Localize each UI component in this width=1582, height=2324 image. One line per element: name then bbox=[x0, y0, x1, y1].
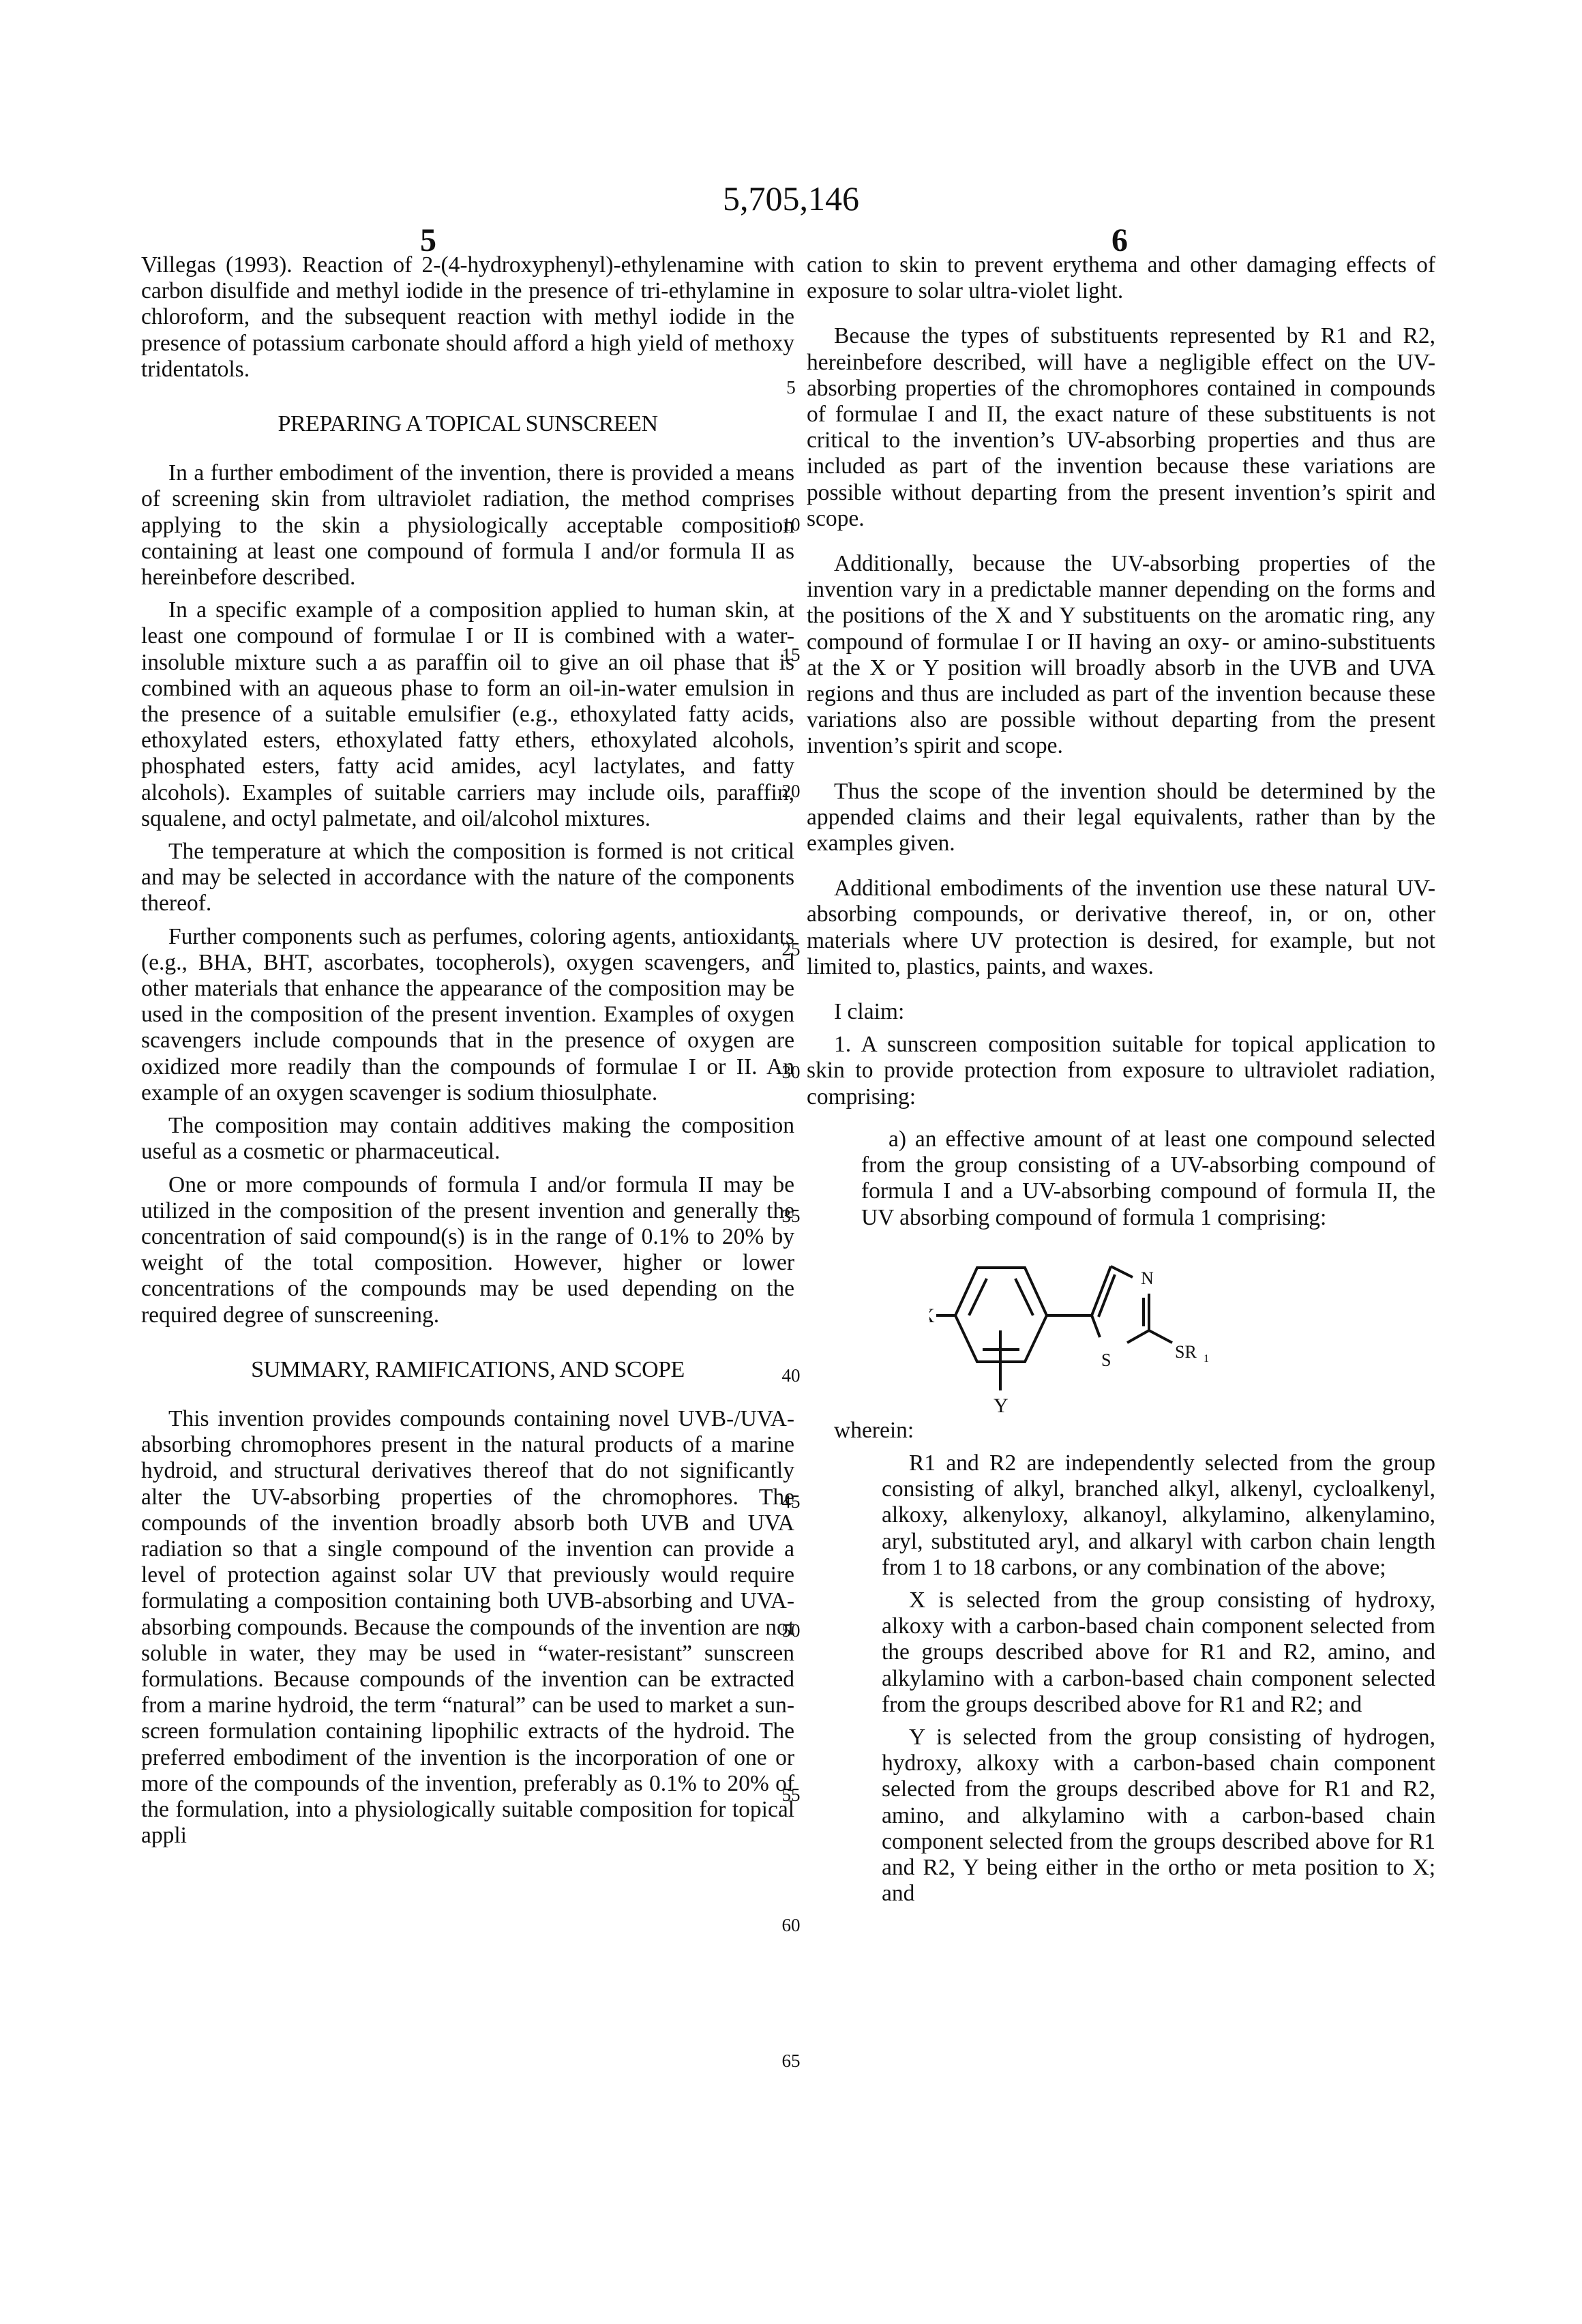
paragraph: This invention provides compounds contai… bbox=[141, 1406, 794, 1849]
paragraph: Further components such as perfumes, col… bbox=[141, 924, 794, 1106]
label-x: X bbox=[929, 1305, 935, 1327]
label-sr-subscript: 1 bbox=[1204, 1353, 1209, 1365]
paragraph: One or more compounds of formula I and/o… bbox=[141, 1172, 794, 1328]
left-column: Villegas (1993). Reaction of 2-(4-hydrox… bbox=[141, 252, 794, 1856]
section-heading-summary: SUMMARY, RAMIFICATIONS, AND SCOPE bbox=[141, 1357, 794, 1383]
definition-y: Y is selected from the group consisting … bbox=[807, 1725, 1435, 1907]
paragraph: Thus the scope of the invention should b… bbox=[807, 779, 1435, 857]
chemical-structure-formula-1: X Y N S SR 1 bbox=[807, 1240, 1435, 1418]
claims-intro: I claim: bbox=[807, 999, 1435, 1025]
thiazole-structure-diagram: X Y N S SR 1 bbox=[929, 1240, 1311, 1418]
label-s: S bbox=[1101, 1350, 1111, 1370]
paragraph: In a further embodiment of the invention… bbox=[141, 460, 794, 591]
label-n: N bbox=[1141, 1268, 1154, 1288]
definition-x: X is selected from the group consisting … bbox=[807, 1588, 1435, 1718]
paragraph: Additional embodiments of the invention … bbox=[807, 876, 1435, 980]
claim-1: 1. A sunscreen composition suitable for … bbox=[807, 1032, 1435, 1110]
line-number: 60 bbox=[771, 1915, 811, 1936]
paragraph: The composition may contain additives ma… bbox=[141, 1113, 794, 1165]
label-sr: SR bbox=[1175, 1342, 1197, 1362]
paragraph: Additionally, because the UV-absorbing p… bbox=[807, 551, 1435, 760]
paragraph: Villegas (1993). Reaction of 2-(4-hydrox… bbox=[141, 252, 794, 383]
line-number: 65 bbox=[771, 2051, 811, 2072]
paragraph: The temperature at which the composition… bbox=[141, 839, 794, 917]
section-heading-preparing: PREPARING A TOPICAL SUNSCREEN bbox=[141, 411, 794, 437]
paragraph: Because the types of substituents repres… bbox=[807, 323, 1435, 532]
right-column: cation to skin to prevent erythema and o… bbox=[807, 252, 1435, 1913]
patent-number: 5,705,146 bbox=[0, 179, 1582, 218]
wherein-label: wherein: bbox=[807, 1418, 1435, 1444]
claim-1a: a) an effective amount of at least one c… bbox=[807, 1127, 1435, 1231]
definition-r1-r2: R1 and R2 are independently selected fro… bbox=[807, 1450, 1435, 1581]
label-y: Y bbox=[994, 1395, 1009, 1417]
paragraph: In a specific example of a composition a… bbox=[141, 597, 794, 832]
paragraph: cation to skin to prevent erythema and o… bbox=[807, 252, 1435, 304]
